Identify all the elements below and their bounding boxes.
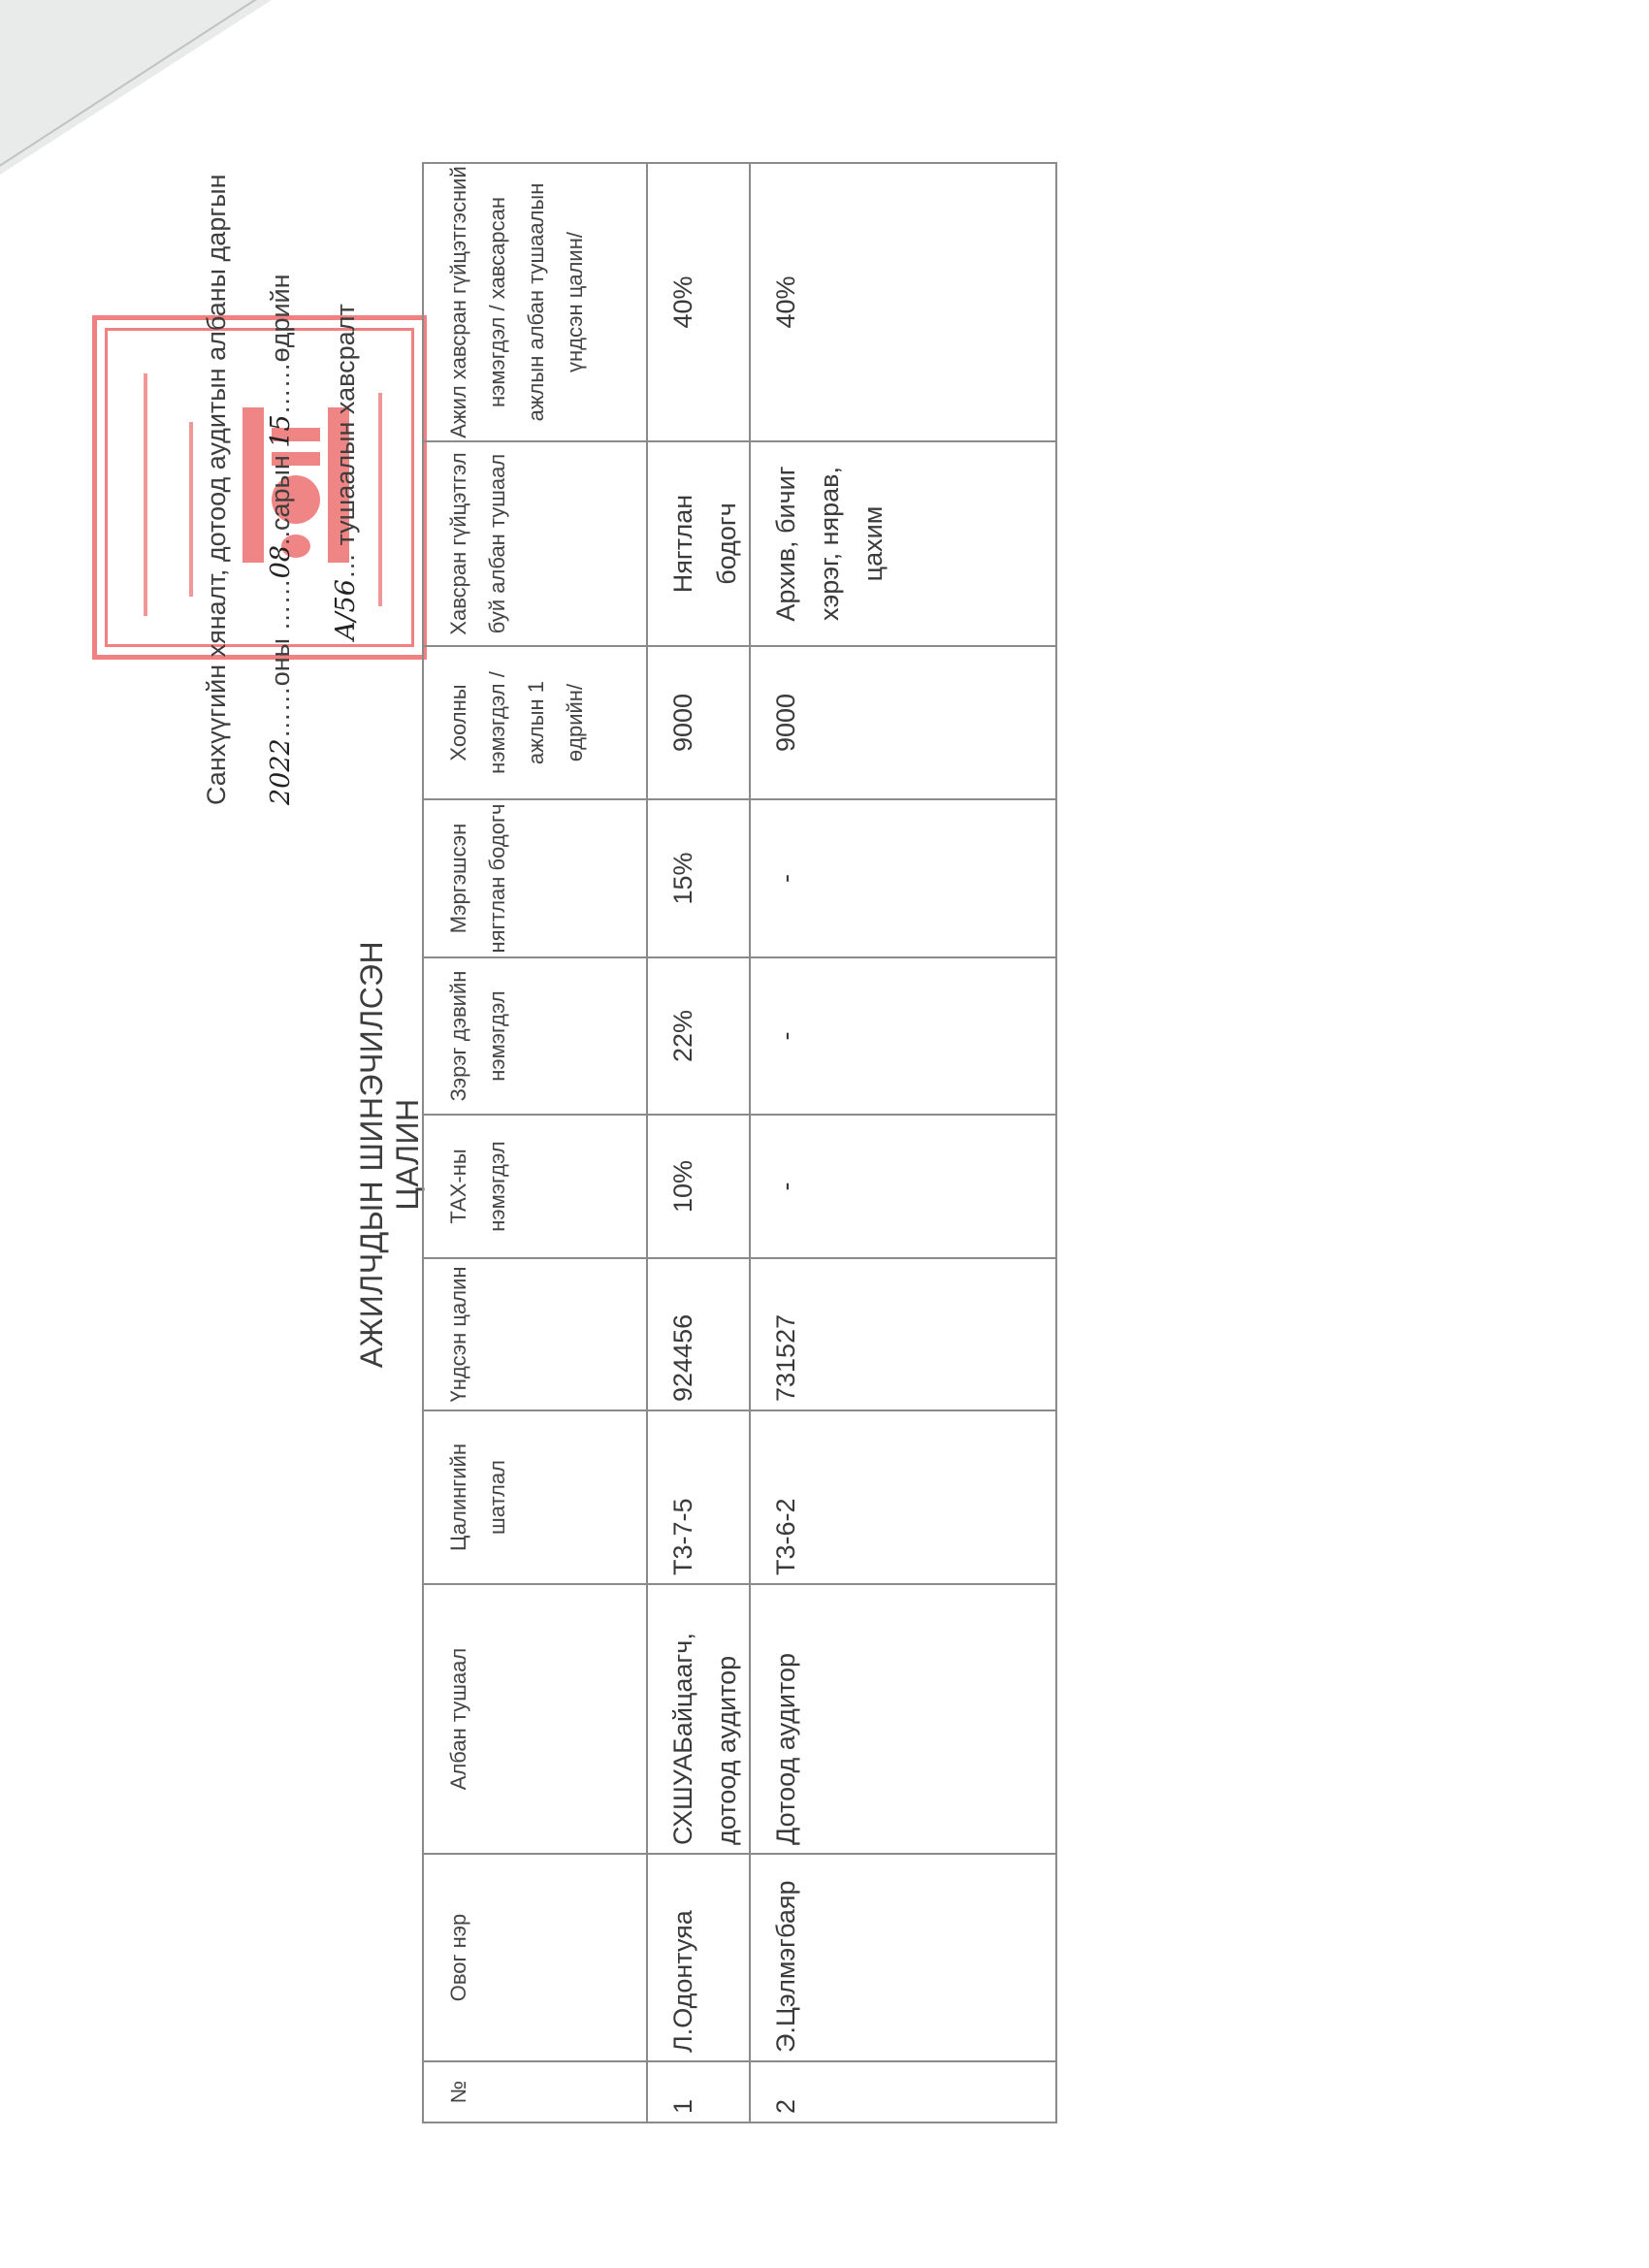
cell-salary-grade: Т3-7-5 <box>647 1410 750 1584</box>
cell-rank-allowance: 22% <box>647 957 750 1115</box>
header-position: Албан тушаал <box>423 1584 647 1854</box>
approval-line-2: 2022……оны ……08..сарын 15……өдрийн <box>248 126 313 805</box>
header-concurrent-position: Хавсран гүйцэтгэл буй албан тушаал <box>423 441 647 646</box>
cell-certified-accountant: 15% <box>647 799 750 957</box>
header-concurrent-allowance: Ажил хавсран гүйцэтгэсний нэмэгдэл / хав… <box>423 163 647 441</box>
handwritten-order-number: A/56 <box>331 579 361 640</box>
rotated-document-page: Санхүүгийн хяналт, дотоод аудитын албаны… <box>0 0 1649 2268</box>
cell-name: Л.Одонтуяа <box>647 1854 750 2061</box>
header-meal-allowance: Хоолны нэмэгдэл /ажлын 1 өдрийн/ <box>423 646 647 799</box>
document-title: АЖИЛЧДЫН ШИНЭЧИЛСЭН ЦАЛИН <box>354 892 426 1416</box>
handwritten-month: 08 <box>266 545 296 578</box>
cell-rank-allowance: - <box>750 957 1056 1115</box>
header-certified-accountant: Мэргэшсэн нягтлан бодогч <box>423 799 647 957</box>
header-number: № <box>423 2061 647 2122</box>
header-name: Овог нэр <box>423 1854 647 2061</box>
cell-base-salary: 731527 <box>750 1258 1056 1410</box>
table-row: 1 Л.Одонтуяа СХШУАБайцаагч, дотоод аудит… <box>647 163 750 2122</box>
cell-number: 2 <box>750 2061 1056 2122</box>
salary-table: № Овог нэр Албан тушаал Цалингийн шатлал… <box>422 162 1057 2123</box>
table-row: 2 Э.Цэлмэгбаяр Дотоод аудитор Т3-6-2 731… <box>750 163 1056 2122</box>
table-header-row: № Овог нэр Албан тушаал Цалингийн шатлал… <box>423 163 647 2122</box>
cell-position: СХШУАБайцаагч, дотоод аудитор <box>647 1584 750 1854</box>
cell-meal-allowance: 9000 <box>750 646 1056 799</box>
approval-line-3: A/56… тушаалын хавсралт <box>313 126 378 805</box>
cell-concurrent-allowance: 40% <box>750 163 1056 441</box>
cell-certified-accountant: - <box>750 799 1056 957</box>
cell-salary-grade: Т3-6-2 <box>750 1410 1056 1584</box>
cell-number: 1 <box>647 2061 750 2122</box>
approval-note: Санхүүгийн хяналт, дотоод аудитын албаны… <box>184 126 378 805</box>
header-rank-allowance: Зэрэг дэвийн нэмэгдэл <box>423 957 647 1115</box>
cell-meal-allowance: 9000 <box>647 646 750 799</box>
cell-name: Э.Цэлмэгбаяр <box>750 1854 1056 2061</box>
header-salary-grade: Цалингийн шатлал <box>423 1410 647 1584</box>
header-tax-allowance: ТАХ-ны нэмэгдэл <box>423 1115 647 1258</box>
cell-concurrent-position: Нягтлан бодогч <box>647 441 750 646</box>
handwritten-year: 2022 <box>266 738 296 805</box>
cell-base-salary: 924456 <box>647 1258 750 1410</box>
cell-tax-allowance: 10% <box>647 1115 750 1258</box>
cell-position: Дотоод аудитор <box>750 1584 1056 1854</box>
cell-concurrent-position: Архив, бичиг хэрэг, нярав, цахим <box>750 441 1056 646</box>
approval-line-1: Санхүүгийн хяналт, дотоод аудитын албаны… <box>184 126 248 805</box>
handwritten-day: 15 <box>266 414 296 447</box>
header-base-salary: Үндсэн цалин <box>423 1258 647 1410</box>
cell-concurrent-allowance: 40% <box>647 163 750 441</box>
cell-tax-allowance: - <box>750 1115 1056 1258</box>
